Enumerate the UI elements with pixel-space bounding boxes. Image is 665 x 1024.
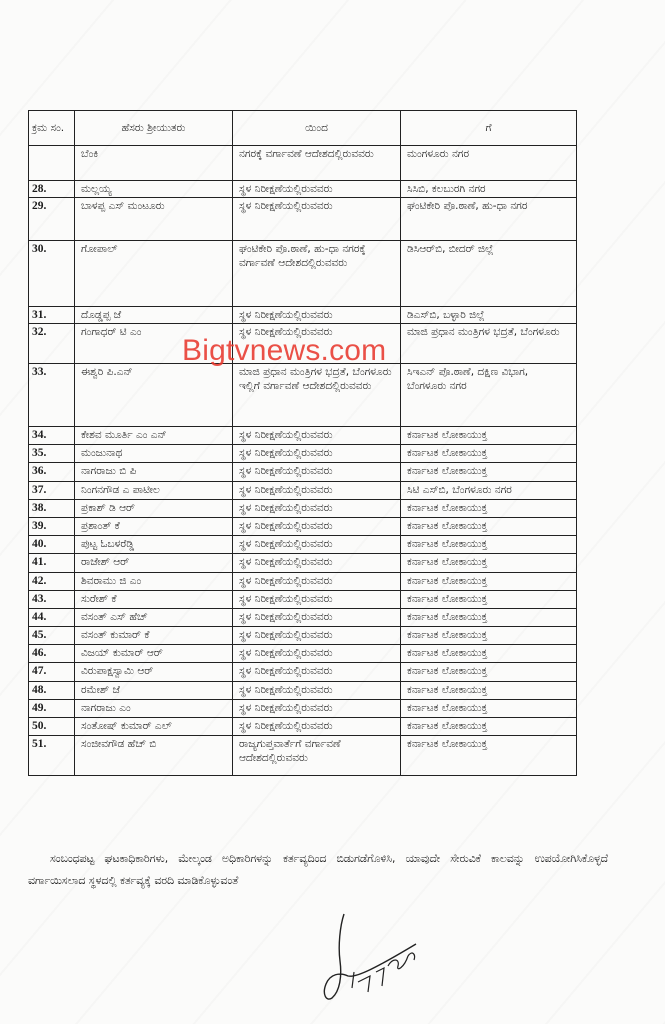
cell-name: ಬಾಳಪ್ಪ ಎಸ್ ಮಂಟೂರು: [75, 198, 233, 241]
cell-serial: 36.: [29, 463, 75, 481]
cell-to: ಕರ್ನಾಟಕ ಲೋಕಾಯುಕ್ತ: [401, 463, 577, 481]
cell-from: ಸ್ಥಳ ನಿರೀಕ್ಷಣೆಯಲ್ಲಿರುವವರು: [233, 645, 401, 663]
table-row: 38.ಪ್ರಕಾಶ್ ಡಿ ಆರ್ಸ್ಥಳ ನಿರೀಕ್ಷಣೆಯಲ್ಲಿರುವವ…: [29, 499, 577, 517]
cell-to: ಮಾಜಿ ಪ್ರಧಾನ ಮಂತ್ರಿಗಳ ಭದ್ರತೆ, ಬೆಂಗಳೂರು: [401, 324, 577, 364]
cell-to: ಕರ್ನಾಟಕ ಲೋಕಾಯುಕ್ತ: [401, 517, 577, 535]
cell-serial: 38.: [29, 499, 75, 517]
table-row: 33.ಈಶ್ವರಿ ಪಿ.ಎನ್ಮಾಜಿ ಪ್ರಧಾನ ಮಂತ್ರಿಗಳ ಭದ್…: [29, 364, 577, 427]
cell-name: ವಿರುಪಾಕ್ಷಸ್ವಾಮಿ ಆರ್: [75, 663, 233, 681]
cell-to: ಕರ್ನಾಟಕ ಲೋಕಾಯುಕ್ತ: [401, 699, 577, 717]
table-row: 45.ವಸಂತ್ ಕುಮಾರ್ ಕೆಸ್ಥಳ ನಿರೀಕ್ಷಣೆಯಲ್ಲಿರುವ…: [29, 627, 577, 645]
table-row: 30.ಗೋಪಾಲ್ಘಂಟಿಕೇರಿ ಪೊ.ಠಾಣೆ, ಹು-ಧಾ ನಗರಕ್ಕೆ…: [29, 241, 577, 307]
cell-name: ಸಂತೋಷ್ ಕುಮಾರ್ ಎಲ್: [75, 718, 233, 736]
cell-serial: 30.: [29, 241, 75, 307]
cell-from: ಸ್ಥಳ ನಿರೀಕ್ಷಣೆಯಲ್ಲಿರುವವರು: [233, 627, 401, 645]
cell-from: ನಗರಕ್ಕೆ ವರ್ಗಾವಣೆ ಆದೇಶದಲ್ಲಿರುವವರು: [233, 146, 401, 181]
cell-serial: 39.: [29, 517, 75, 535]
table-row: 32.ಗಂಗಾಧರ್ ಟಿ ಎಂಸ್ಥಳ ನಿರೀಕ್ಷಣೆಯಲ್ಲಿರುವವರ…: [29, 324, 577, 364]
table-row: 51.ಸಂಜೀವಗೌಡ ಹೆಚ್ ಬಿರಾಜ್ಯಗುಪ್ತವಾರ್ತೆಗೆ ವರ…: [29, 736, 577, 776]
table-row: 35.ಮಂಜುನಾಥಸ್ಥಳ ನಿರೀಕ್ಷಣೆಯಲ್ಲಿರುವವರುಕರ್ನಾ…: [29, 445, 577, 463]
cell-from: ಸ್ಥಳ ನಿರೀಕ್ಷಣೆಯಲ್ಲಿರುವವರು: [233, 554, 401, 572]
cell-to: ಕರ್ನಾಟಕ ಲೋಕಾಯುಕ್ತ: [401, 590, 577, 608]
cell-name: ರಾಜೇಶ್ ಆರ್: [75, 554, 233, 572]
cell-serial: 43.: [29, 590, 75, 608]
cell-to: ಡಿಸಿಆರ್‌ಬಿ, ಬೀದರ್ ಜಿಲ್ಲೆ: [401, 241, 577, 307]
cell-serial: 34.: [29, 427, 75, 445]
cell-name: ಪ್ರಶಾಂತ್ ಕೆ: [75, 517, 233, 535]
cell-serial: 28.: [29, 181, 75, 198]
cell-to: ಮಂಗಳೂರು ನಗರ: [401, 146, 577, 181]
cell-from: ಮಾಜಿ ಪ್ರಧಾನ ಮಂತ್ರಿಗಳ ಭದ್ರತೆ, ಬೆಂಗಳೂರು ಇಲ…: [233, 364, 401, 427]
cell-to: ಕರ್ನಾಟಕ ಲೋಕಾಯುಕ್ತ: [401, 536, 577, 554]
cell-from: ಸ್ಥಳ ನಿರೀಕ್ಷಣೆಯಲ್ಲಿರುವವರು: [233, 445, 401, 463]
cell-to: ಕರ್ನಾಟಕ ಲೋಕಾಯುಕ್ತ: [401, 572, 577, 590]
cell-serial: 48.: [29, 681, 75, 699]
cell-name: ಗೋಪಾಲ್: [75, 241, 233, 307]
cell-to: ಕರ್ನಾಟಕ ಲೋಕಾಯುಕ್ತ: [401, 608, 577, 626]
cell-name: ನಾಗರಾಜು ಎಂ: [75, 699, 233, 717]
cell-serial: 31.: [29, 307, 75, 324]
cell-serial: 47.: [29, 663, 75, 681]
cell-name: ರಮೇಶ್ ಜೆ: [75, 681, 233, 699]
cell-name: ಈಶ್ವರಿ ಪಿ.ಎನ್: [75, 364, 233, 427]
table-row: 50.ಸಂತೋಷ್ ಕುಮಾರ್ ಎಲ್ಸ್ಥಳ ನಿರೀಕ್ಷಣೆಯಲ್ಲಿರ…: [29, 718, 577, 736]
cell-to: ಕರ್ನಾಟಕ ಲೋಕಾಯುಕ್ತ: [401, 681, 577, 699]
cell-serial: 46.: [29, 645, 75, 663]
table-row: 48.ರಮೇಶ್ ಜೆಸ್ಥಳ ನಿರೀಕ್ಷಣೆಯಲ್ಲಿರುವವರುಕರ್ನ…: [29, 681, 577, 699]
cell-serial: 49.: [29, 699, 75, 717]
cell-to: ಕರ್ನಾಟಕ ಲೋಕಾಯುಕ್ತ: [401, 499, 577, 517]
instruction-paragraph: ಸಂಬಂಧಪಟ್ಟ ಘಟಕಾಧಿಕಾರಿಗಳು, ಮೇಲ್ಕಂಡ ಅಧಿಕಾರಿ…: [28, 848, 608, 892]
cell-to: ಸಿಟಿ ಎಸ್‌ಬಿ, ಬೆಂಗಳೂರು ನಗರ: [401, 481, 577, 499]
cell-serial: 40.: [29, 536, 75, 554]
cell-serial: 37.: [29, 481, 75, 499]
cell-name: ದೊಡ್ಡಪ್ಪ ಜೆ: [75, 307, 233, 324]
cell-from: ಸ್ಥಳ ನಿರೀಕ್ಷಣೆಯಲ್ಲಿರುವವರು: [233, 572, 401, 590]
cell-name: ವಸಂತ್ ಕುಮಾರ್ ಕೆ: [75, 627, 233, 645]
cell-to: ಸಿಇಎನ್ ಪೊ.ಠಾಣೆ, ದಕ್ಷಿಣ ವಿಭಾಗ, ಬೆಂಗಳೂರು ನ…: [401, 364, 577, 427]
cell-name: ಪುಟ್ಟ ಓಬಳರೆಡ್ಡಿ: [75, 536, 233, 554]
cell-name: ಗಂಗಾಧರ್ ಟಿ ಎಂ: [75, 324, 233, 364]
table-row: 36.ನಾಗರಾಜು ಬಿ ಪಿಸ್ಥಳ ನಿರೀಕ್ಷಣೆಯಲ್ಲಿರುವವರ…: [29, 463, 577, 481]
cell-name: ವಿಜಯ್ ಕುಮಾರ್ ಆರ್: [75, 645, 233, 663]
cell-name: ಪ್ರಕಾಶ್ ಡಿ ಆರ್: [75, 499, 233, 517]
table-row: ಬೆಂಕಿನಗರಕ್ಕೆ ವರ್ಗಾವಣೆ ಆದೇಶದಲ್ಲಿರುವವರುಮಂಗ…: [29, 146, 577, 181]
cell-from: ಸ್ಥಳ ನಿರೀಕ್ಷಣೆಯಲ್ಲಿರುವವರು: [233, 181, 401, 198]
cell-name: ಮಂಜುನಾಥ: [75, 445, 233, 463]
cell-name: ವಸಂತ್ ಎಸ್ ಹೆಚ್: [75, 608, 233, 626]
cell-from: ರಾಜ್ಯಗುಪ್ತವಾರ್ತೆಗೆ ವರ್ಗಾವಣೆ ಆದೇಶದಲ್ಲಿರುವ…: [233, 736, 401, 776]
cell-serial: 45.: [29, 627, 75, 645]
table-header-row: ಕ್ರಮ ಸಂ. ಹೆಸರು ಶ್ರೀಯುತರು ಯಿಂದ ಗೆ: [29, 111, 577, 146]
cell-from: ಸ್ಥಳ ನಿರೀಕ್ಷಣೆಯಲ್ಲಿರುವವರು: [233, 590, 401, 608]
header-serial: ಕ್ರಮ ಸಂ.: [29, 111, 75, 146]
cell-name: ಕೇಶವ ಮೂರ್ತಿ ಎಂ ಎನ್: [75, 427, 233, 445]
cell-to: ಕರ್ನಾಟಕ ಲೋಕಾಯುಕ್ತ: [401, 554, 577, 572]
cell-to: ಕರ್ನಾಟಕ ಲೋಕಾಯುಕ್ತ: [401, 445, 577, 463]
table-row: 44.ವಸಂತ್ ಎಸ್ ಹೆಚ್ಸ್ಥಳ ನಿರೀಕ್ಷಣೆಯಲ್ಲಿರುವವ…: [29, 608, 577, 626]
cell-serial: 33.: [29, 364, 75, 427]
cell-to: ಘಂಟಿಕೇರಿ ಪೊ.ಠಾಣೆ, ಹು-ಧಾ ನಗರ: [401, 198, 577, 241]
cell-from: ಸ್ಥಳ ನಿರೀಕ್ಷಣೆಯಲ್ಲಿರುವವರು: [233, 663, 401, 681]
cell-serial: 42.: [29, 572, 75, 590]
cell-from: ಸ್ಥಳ ನಿರೀಕ್ಷಣೆಯಲ್ಲಿರುವವರು: [233, 427, 401, 445]
cell-name: ನಿಂಗನಗೌಡ ಎ ಪಾಟೀಲ: [75, 481, 233, 499]
cell-to: ಕರ್ನಾಟಕ ಲೋಕಾಯುಕ್ತ: [401, 427, 577, 445]
table-row: 40.ಪುಟ್ಟ ಓಬಳರೆಡ್ಡಿಸ್ಥಳ ನಿರೀಕ್ಷಣೆಯಲ್ಲಿರುವ…: [29, 536, 577, 554]
cell-serial: 29.: [29, 198, 75, 241]
signature-icon: [296, 906, 466, 1006]
table-row: 42.ಶಿವರಾಮು ಜಿ ಎಂಸ್ಥಳ ನಿರೀಕ್ಷಣೆಯಲ್ಲಿರುವವರ…: [29, 572, 577, 590]
cell-from: ಘಂಟಿಕೇರಿ ಪೊ.ಠಾಣೆ, ಹು-ಧಾ ನಗರಕ್ಕೆ ವರ್ಗಾವಣೆ…: [233, 241, 401, 307]
cell-name: ನಾಗರಾಜು ಬಿ ಪಿ: [75, 463, 233, 481]
cell-to: ಕರ್ನಾಟಕ ಲೋಕಾಯುಕ್ತ: [401, 736, 577, 776]
cell-to: ಕರ್ನಾಟಕ ಲೋಕಾಯುಕ್ತ: [401, 718, 577, 736]
table-row: 28.ಮಲ್ಲಯ್ಯಸ್ಥಳ ನಿರೀಕ್ಷಣೆಯಲ್ಲಿರುವವರುಸಿಸಿಬ…: [29, 181, 577, 198]
cell-from: ಸ್ಥಳ ನಿರೀಕ್ಷಣೆಯಲ್ಲಿರುವವರು: [233, 307, 401, 324]
cell-name: ಸಂಜೀವಗೌಡ ಹೆಚ್ ಬಿ: [75, 736, 233, 776]
instruction-text: ಸಂಬಂಧಪಟ್ಟ ಘಟಕಾಧಿಕಾರಿಗಳು, ಮೇಲ್ಕಂಡ ಅಧಿಕಾರಿ…: [28, 852, 608, 887]
cell-from: ಸ್ಥಳ ನಿರೀಕ್ಷಣೆಯಲ್ಲಿರುವವರು: [233, 681, 401, 699]
cell-from: ಸ್ಥಳ ನಿರೀಕ್ಷಣೆಯಲ್ಲಿರುವವರು: [233, 718, 401, 736]
cell-from: ಸ್ಥಳ ನಿರೀಕ್ಷಣೆಯಲ್ಲಿರುವವರು: [233, 608, 401, 626]
table-row: 49.ನಾಗರಾಜು ಎಂಸ್ಥಳ ನಿರೀಕ್ಷಣೆಯಲ್ಲಿರುವವರುಕರ…: [29, 699, 577, 717]
header-from: ಯಿಂದ: [233, 111, 401, 146]
cell-to: ಕರ್ನಾಟಕ ಲೋಕಾಯುಕ್ತ: [401, 645, 577, 663]
table-row: 41.ರಾಜೇಶ್ ಆರ್ಸ್ಥಳ ನಿರೀಕ್ಷಣೆಯಲ್ಲಿರುವವರುಕರ…: [29, 554, 577, 572]
cell-from: ಸ್ಥಳ ನಿರೀಕ್ಷಣೆಯಲ್ಲಿರುವವರು: [233, 699, 401, 717]
cell-serial: 51.: [29, 736, 75, 776]
transfer-table-container: ಕ್ರಮ ಸಂ. ಹೆಸರು ಶ್ರೀಯುತರು ಯಿಂದ ಗೆ ಬೆಂಕಿನಗ…: [28, 110, 576, 776]
transfer-table: ಕ್ರಮ ಸಂ. ಹೆಸರು ಶ್ರೀಯುತರು ಯಿಂದ ಗೆ ಬೆಂಕಿನಗ…: [28, 110, 577, 776]
cell-to: ಸಿಸಿಬಿ, ಕಲಬುರಗಿ ನಗರ: [401, 181, 577, 198]
table-body: ಬೆಂಕಿನಗರಕ್ಕೆ ವರ್ಗಾವಣೆ ಆದೇಶದಲ್ಲಿರುವವರುಮಂಗ…: [29, 146, 577, 776]
table-row: 46.ವಿಜಯ್ ಕುಮಾರ್ ಆರ್ಸ್ಥಳ ನಿರೀಕ್ಷಣೆಯಲ್ಲಿರು…: [29, 645, 577, 663]
cell-from: ಸ್ಥಳ ನಿರೀಕ್ಷಣೆಯಲ್ಲಿರುವವರು: [233, 499, 401, 517]
cell-from: ಸ್ಥಳ ನಿರೀಕ್ಷಣೆಯಲ್ಲಿರುವವರು: [233, 481, 401, 499]
cell-from: ಸ್ಥಳ ನಿರೀಕ್ಷಣೆಯಲ್ಲಿರುವವರು: [233, 517, 401, 535]
cell-name: ಸುರೇಶ್ ಕೆ: [75, 590, 233, 608]
cell-name: ಶಿವರಾಮು ಜಿ ಎಂ: [75, 572, 233, 590]
table-row: 39.ಪ್ರಶಾಂತ್ ಕೆಸ್ಥಳ ನಿರೀಕ್ಷಣೆಯಲ್ಲಿರುವವರುಕ…: [29, 517, 577, 535]
cell-serial: 32.: [29, 324, 75, 364]
cell-to: ಡಿಎಸ್‌ಬಿ, ಬಳ್ಳಾರಿ ಜಿಲ್ಲೆ: [401, 307, 577, 324]
cell-serial: [29, 146, 75, 181]
table-row: 43.ಸುರೇಶ್ ಕೆಸ್ಥಳ ನಿರೀಕ್ಷಣೆಯಲ್ಲಿರುವವರುಕರ್…: [29, 590, 577, 608]
table-row: 31.ದೊಡ್ಡಪ್ಪ ಜೆಸ್ಥಳ ನಿರೀಕ್ಷಣೆಯಲ್ಲಿರುವವರುಡ…: [29, 307, 577, 324]
cell-from: ಸ್ಥಳ ನಿರೀಕ್ಷಣೆಯಲ್ಲಿರುವವರು: [233, 198, 401, 241]
table-row: 34.ಕೇಶವ ಮೂರ್ತಿ ಎಂ ಎನ್ಸ್ಥಳ ನಿರೀಕ್ಷಣೆಯಲ್ಲಿ…: [29, 427, 577, 445]
cell-from: ಸ್ಥಳ ನಿರೀಕ್ಷಣೆಯಲ್ಲಿರುವವರು: [233, 463, 401, 481]
cell-name: ಮಲ್ಲಯ್ಯ: [75, 181, 233, 198]
cell-serial: 50.: [29, 718, 75, 736]
cell-to: ಕರ್ನಾಟಕ ಲೋಕಾಯುಕ್ತ: [401, 663, 577, 681]
cell-to: ಕರ್ನಾಟಕ ಲೋಕಾಯುಕ್ತ: [401, 627, 577, 645]
cell-serial: 41.: [29, 554, 75, 572]
cell-from: ಸ್ಥಳ ನಿರೀಕ್ಷಣೆಯಲ್ಲಿರುವವರು: [233, 324, 401, 364]
cell-serial: 44.: [29, 608, 75, 626]
table-row: 29.ಬಾಳಪ್ಪ ಎಸ್ ಮಂಟೂರುಸ್ಥಳ ನಿರೀಕ್ಷಣೆಯಲ್ಲಿರ…: [29, 198, 577, 241]
table-row: 37.ನಿಂಗನಗೌಡ ಎ ಪಾಟೀಲಸ್ಥಳ ನಿರೀಕ್ಷಣೆಯಲ್ಲಿರು…: [29, 481, 577, 499]
cell-serial: 35.: [29, 445, 75, 463]
cell-name: ಬೆಂಕಿ: [75, 146, 233, 181]
table-row: 47.ವಿರುಪಾಕ್ಷಸ್ವಾಮಿ ಆರ್ಸ್ಥಳ ನಿರೀಕ್ಷಣೆಯಲ್ಲ…: [29, 663, 577, 681]
cell-from: ಸ್ಥಳ ನಿರೀಕ್ಷಣೆಯಲ್ಲಿರುವವರು: [233, 536, 401, 554]
header-to: ಗೆ: [401, 111, 577, 146]
header-name: ಹೆಸರು ಶ್ರೀಯುತರು: [75, 111, 233, 146]
